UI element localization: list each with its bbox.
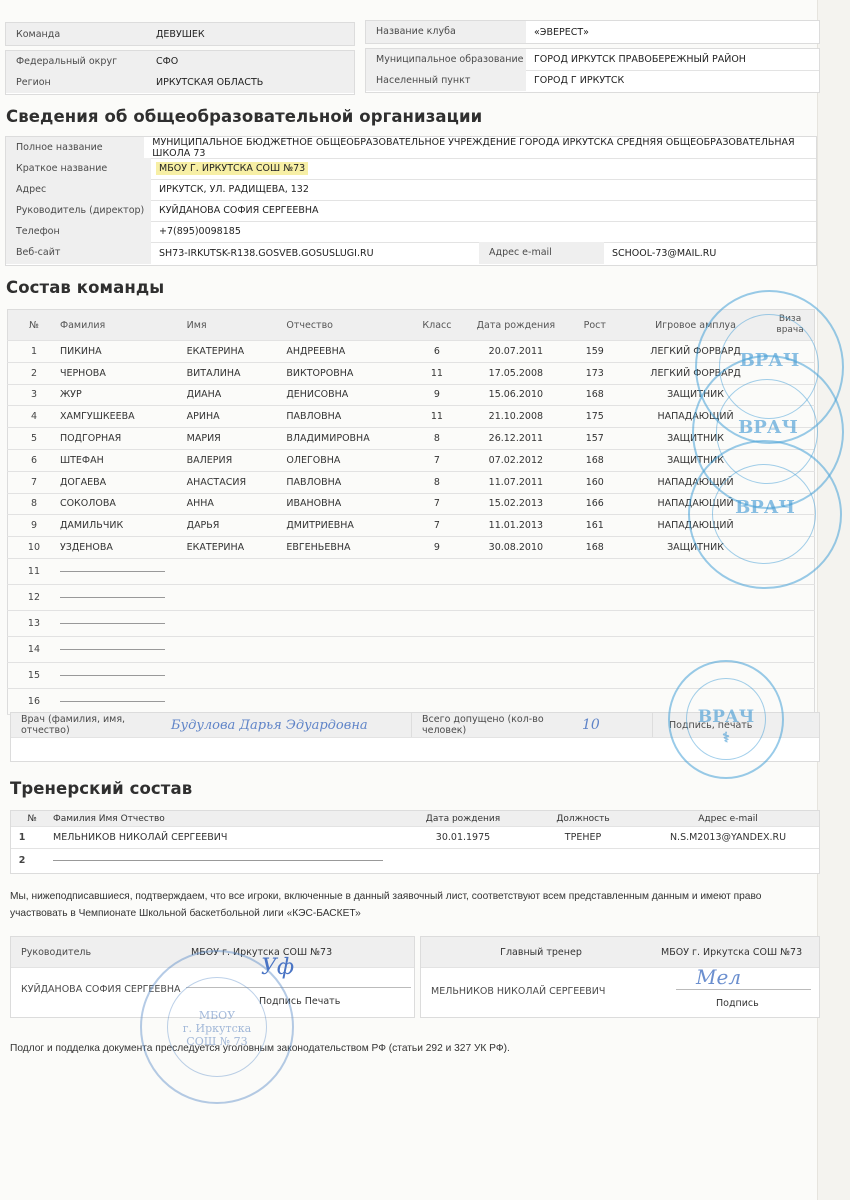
- player-dob: 11.07.2011: [467, 471, 565, 493]
- col-role: Игровое амплуа: [625, 310, 766, 341]
- region-box: Федеральный округ СФО Регион ИРКУТСКАЯ О…: [5, 50, 355, 95]
- roster-table: № Фамилия Имя Отчество Класс Дата рожден…: [7, 309, 815, 715]
- player-middlename: ПАВЛОВНА: [286, 406, 406, 428]
- doctor-sign-label: Подпись, печать: [653, 720, 752, 731]
- player-row: 8СОКОЛОВААННАИВАНОВНА715.02.2013166НАПАД…: [8, 493, 815, 515]
- school-info-box: Полное названиеМУНИЦИПАЛЬНОЕ БЮДЖЕТНОЕ О…: [5, 136, 817, 266]
- region-label: Регион: [6, 77, 156, 88]
- player-role: ЛЕГКИЙ ФОРВАРД: [625, 362, 766, 384]
- col-grade: Класс: [407, 310, 467, 341]
- coach-row: 1 МЕЛЬНИКОВ НИКОЛАЙ СЕРГЕЕВИЧ 30.01.1975…: [11, 826, 819, 849]
- head-coach-signature-line: [676, 989, 811, 990]
- team-box: Команда ДЕВУШЕК: [5, 22, 355, 46]
- page-edge: [817, 0, 850, 1200]
- player-row: 7ДОГАЕВААНАСТАСИЯПАВЛОВНА811.07.2011160Н…: [8, 471, 815, 493]
- col-doctor-visa: Виза врача: [766, 310, 814, 341]
- player-dob: 15.02.2013: [467, 493, 565, 515]
- player-height: 159: [565, 341, 625, 363]
- player-lastname: ЖУР: [60, 384, 187, 406]
- player-doctor-visa: [766, 515, 814, 537]
- player-number: 15: [8, 662, 60, 688]
- player-firstname: ВАЛЕРИЯ: [187, 449, 287, 471]
- phone-label: Телефон: [6, 221, 151, 242]
- coach-position: ТРЕНЕР: [523, 832, 643, 843]
- player-firstname: ЕКАТЕРИНА: [187, 537, 287, 559]
- player-lastname: ПОДГОРНАЯ: [60, 428, 187, 450]
- col-height: Рост: [565, 310, 625, 341]
- director-role: Руководитель: [11, 947, 191, 958]
- head-coach-signature: Мел: [696, 965, 741, 989]
- player-grade: 7: [407, 493, 467, 515]
- player-grade: 7: [407, 515, 467, 537]
- player-firstname: ДИАНА: [187, 384, 287, 406]
- blank-entry: [60, 662, 815, 688]
- player-number: 14: [8, 636, 60, 662]
- empty-player-row: 11: [8, 558, 815, 584]
- coach-dob: 30.01.1975: [403, 832, 523, 843]
- coaches-table: № Фамилия Имя Отчество Дата рождения Дол…: [10, 810, 820, 874]
- full-name-label: Полное название: [6, 137, 144, 158]
- roster-header-row: № Фамилия Имя Отчество Класс Дата рожден…: [8, 310, 815, 341]
- player-role: ЗАЩИТНИК: [625, 384, 766, 406]
- district-label: Федеральный округ: [6, 56, 156, 67]
- player-grade: 9: [407, 537, 467, 559]
- blank-entry: [60, 688, 815, 714]
- coach-col-dob: Дата рождения: [403, 814, 523, 824]
- coaches-header-row: № Фамилия Имя Отчество Дата рождения Дол…: [11, 811, 819, 827]
- director-signature-line: [186, 987, 411, 988]
- phone-value: +7(895)0098185: [151, 226, 241, 237]
- player-dob: 07.02.2012: [467, 449, 565, 471]
- email-label: Адрес e-mail: [479, 242, 604, 264]
- empty-player-row: 12: [8, 584, 815, 610]
- player-firstname: АННА: [187, 493, 287, 515]
- director-sign-caption: Подпись Печать: [259, 996, 340, 1007]
- player-firstname: АРИНА: [187, 406, 287, 428]
- col-lastname: Фамилия: [60, 310, 187, 341]
- coach-blank-line: [53, 860, 383, 861]
- coach-signature-box: Главный тренер МБОУ г. Иркутска СОШ №73 …: [420, 936, 820, 1018]
- coach-col-number: №: [11, 814, 53, 824]
- player-number: 5: [8, 428, 60, 450]
- player-lastname: ПИКИНА: [60, 341, 187, 363]
- address-value: ИРКУТСК, УЛ. РАДИЩЕВА, 132: [151, 184, 309, 195]
- player-role: ЛЕГКИЙ ФОРВАРД: [625, 341, 766, 363]
- player-doctor-visa: [766, 362, 814, 384]
- player-grade: 11: [407, 406, 467, 428]
- player-height: 168: [565, 384, 625, 406]
- director-signature: Уф: [261, 955, 294, 980]
- player-doctor-visa: [766, 471, 814, 493]
- player-role: ЗАЩИТНИК: [625, 428, 766, 450]
- player-middlename: ИВАНОВНА: [286, 493, 406, 515]
- player-lastname: ДАМИЛЬЧИК: [60, 515, 187, 537]
- player-doctor-visa: [766, 449, 814, 471]
- coach-email: N.S.M2013@YANDEX.RU: [643, 832, 813, 843]
- player-role: ЗАЩИТНИК: [625, 449, 766, 471]
- coaches-section-title: Тренерский состав: [10, 779, 192, 798]
- player-firstname: АНАСТАСИЯ: [187, 471, 287, 493]
- doctor-box: Врач (фамилия, имя, отчество) Будулова Д…: [10, 712, 820, 762]
- empty-player-row: 14: [8, 636, 815, 662]
- district-value: СФО: [156, 56, 178, 67]
- doctor-label: Врач (фамилия, имя, отчество): [11, 714, 171, 736]
- player-role: ЗАЩИТНИК: [625, 537, 766, 559]
- player-number: 3: [8, 384, 60, 406]
- player-lastname: ЧЕРНОВА: [60, 362, 187, 384]
- roster-section-title: Состав команды: [6, 278, 164, 297]
- player-middlename: ДМИТРИЕВНА: [286, 515, 406, 537]
- player-grade: 6: [407, 341, 467, 363]
- blank-line: [60, 649, 165, 650]
- player-row: 4ХАМГУШКЕЕВААРИНАПАВЛОВНА1121.10.2008175…: [8, 406, 815, 428]
- player-lastname: ХАМГУШКЕЕВА: [60, 406, 187, 428]
- club-box: Название клуба «ЭВЕРЕСТ»: [365, 20, 820, 44]
- player-number: 2: [8, 362, 60, 384]
- region-value: ИРКУТСКАЯ ОБЛАСТЬ: [156, 77, 263, 88]
- player-height: 173: [565, 362, 625, 384]
- player-number: 7: [8, 471, 60, 493]
- email-value[interactable]: SCHOOL-73@MAIL.RU: [604, 248, 716, 259]
- col-middlename: Отчество: [286, 310, 406, 341]
- player-number: 12: [8, 584, 60, 610]
- coach-col-email: Адрес e-mail: [643, 814, 813, 824]
- coach-col-name: Фамилия Имя Отчество: [53, 814, 403, 824]
- player-row: 2ЧЕРНОВАВИТАЛИНАВИКТОРОВНА1117.05.200817…: [8, 362, 815, 384]
- player-grade: 9: [407, 384, 467, 406]
- player-middlename: ЕВГЕНЬЕВНА: [286, 537, 406, 559]
- doctor-handwritten-name: Будулова Дарья Эдуардовна: [171, 718, 411, 733]
- empty-player-row: 16: [8, 688, 815, 714]
- blank-line: [60, 597, 165, 598]
- short-name-label: Краткое название: [6, 158, 151, 179]
- player-height: 161: [565, 515, 625, 537]
- player-height: 168: [565, 449, 625, 471]
- player-firstname: ДАРЬЯ: [187, 515, 287, 537]
- player-number: 10: [8, 537, 60, 559]
- director-label: Руководитель (директор): [6, 200, 151, 221]
- coach-number: 1: [11, 832, 33, 843]
- coach-number: 2: [11, 855, 33, 866]
- player-row: 1ПИКИНАЕКАТЕРИНААНДРЕЕВНА620.07.2011159Л…: [8, 341, 815, 363]
- col-firstname: Имя: [187, 310, 287, 341]
- head-coach-name: МЕЛЬНИКОВ НИКОЛАЙ СЕРГЕЕВИЧ: [421, 967, 671, 997]
- locality-value: ГОРОД Г ИРКУТСК: [526, 75, 624, 86]
- blank-line: [60, 623, 165, 624]
- player-dob: 20.07.2011: [467, 341, 565, 363]
- blank-line: [60, 701, 165, 702]
- club-label: Название клуба: [366, 21, 526, 43]
- player-row: 5ПОДГОРНАЯМАРИЯВЛАДИМИРОВНА826.12.201115…: [8, 428, 815, 450]
- admitted-label: Всего допущено (кол-во человек): [412, 714, 582, 736]
- empty-player-row: 15: [8, 662, 815, 688]
- player-row: 10УЗДЕНОВАЕКАТЕРИНАЕВГЕНЬЕВНА930.08.2010…: [8, 537, 815, 559]
- blank-entry: [60, 636, 815, 662]
- player-grade: 8: [407, 471, 467, 493]
- admitted-value: 10: [582, 717, 652, 733]
- player-height: 166: [565, 493, 625, 515]
- player-row: 3ЖУРДИАНАДЕНИСОВНА915.06.2010168ЗАЩИТНИК: [8, 384, 815, 406]
- full-name-value: МУНИЦИПАЛЬНОЕ БЮДЖЕТНОЕ ОБЩЕОБРАЗОВАТЕЛЬ…: [144, 137, 816, 159]
- player-middlename: ОЛЕГОВНА: [286, 449, 406, 471]
- team-value: ДЕВУШЕК: [156, 29, 205, 40]
- player-number: 11: [8, 558, 60, 584]
- municipal-label: Муниципальное образование: [366, 49, 526, 70]
- player-grade: 11: [407, 362, 467, 384]
- director-name: КУЙДАНОВА СОФИЯ СЕРГЕЕВНА: [11, 967, 186, 995]
- player-doctor-visa: [766, 493, 814, 515]
- player-firstname: ЕКАТЕРИНА: [187, 341, 287, 363]
- player-role: НАПАДАЮЩИЙ: [625, 406, 766, 428]
- player-grade: 8: [407, 428, 467, 450]
- player-height: 175: [565, 406, 625, 428]
- player-middlename: ПАВЛОВНА: [286, 471, 406, 493]
- club-value: «ЭВЕРЕСТ»: [526, 27, 589, 38]
- player-middlename: ВЛАДИМИРОВНА: [286, 428, 406, 450]
- player-number: 8: [8, 493, 60, 515]
- coach-name: МЕЛЬНИКОВ НИКОЛАЙ СЕРГЕЕВИЧ: [33, 832, 403, 843]
- player-doctor-visa: [766, 384, 814, 406]
- website-label: Веб-сайт: [6, 242, 151, 264]
- team-label: Команда: [6, 29, 156, 40]
- player-dob: 15.06.2010: [467, 384, 565, 406]
- player-role: НАПАДАЮЩИЙ: [625, 515, 766, 537]
- player-number: 1: [8, 341, 60, 363]
- head-coach-role: Главный тренер: [421, 947, 661, 958]
- player-role: НАПАДАЮЩИЙ: [625, 471, 766, 493]
- player-dob: 21.10.2008: [467, 406, 565, 428]
- coach-col-position: Должность: [523, 814, 643, 824]
- player-dob: 30.08.2010: [467, 537, 565, 559]
- director-value: КУЙДАНОВА СОФИЯ СЕРГЕЕВНА: [151, 205, 319, 216]
- player-firstname: ВИТАЛИНА: [187, 362, 287, 384]
- player-number: 13: [8, 610, 60, 636]
- player-number: 9: [8, 515, 60, 537]
- empty-player-row: 13: [8, 610, 815, 636]
- col-number: №: [8, 310, 60, 341]
- player-lastname: СОКОЛОВА: [60, 493, 187, 515]
- municipal-box: Муниципальное образование ГОРОД ИРКУТСК …: [365, 48, 820, 93]
- player-number: 6: [8, 449, 60, 471]
- player-height: 160: [565, 471, 625, 493]
- player-dob: 11.01.2013: [467, 515, 565, 537]
- director-signature-box: Руководитель МБОУ г. Иркутска СОШ №73 КУ…: [10, 936, 415, 1018]
- player-grade: 7: [407, 449, 467, 471]
- player-firstname: МАРИЯ: [187, 428, 287, 450]
- school-section-title: Сведения об общеобразовательной организа…: [6, 107, 482, 126]
- short-name-value: МБОУ Г. ИРКУТСКА СОШ №73: [156, 162, 308, 175]
- blank-entry: [60, 610, 815, 636]
- website-value[interactable]: SH73-IRKUTSK-R138.GOSVEB.GOSUSLUGI.RU: [151, 248, 479, 259]
- head-coach-org: МБОУ г. Иркутска СОШ №73: [661, 947, 802, 958]
- player-middlename: АНДРЕЕВНА: [286, 341, 406, 363]
- player-doctor-visa: [766, 537, 814, 559]
- blank-entry: [60, 584, 815, 610]
- player-number: 4: [8, 406, 60, 428]
- locality-label: Населенный пункт: [366, 70, 526, 91]
- col-dob: Дата рождения: [467, 310, 565, 341]
- player-lastname: ШТЕФАН: [60, 449, 187, 471]
- player-role: НАПАДАЮЩИЙ: [625, 493, 766, 515]
- player-lastname: ДОГАЕВА: [60, 471, 187, 493]
- player-height: 168: [565, 537, 625, 559]
- declaration-text: Мы, нижеподписавшиеся, подтверждаем, что…: [10, 888, 820, 922]
- player-number: 16: [8, 688, 60, 714]
- head-coach-sign-caption: Подпись: [716, 998, 759, 1009]
- address-label: Адрес: [6, 179, 151, 200]
- player-row: 9ДАМИЛЬЧИКДАРЬЯДМИТРИЕВНА711.01.2013161Н…: [8, 515, 815, 537]
- player-doctor-visa: [766, 406, 814, 428]
- player-height: 157: [565, 428, 625, 450]
- player-doctor-visa: [766, 428, 814, 450]
- player-lastname: УЗДЕНОВА: [60, 537, 187, 559]
- blank-line: [60, 675, 165, 676]
- legal-notice: Подлог и подделка документа преследуется…: [10, 1040, 820, 1057]
- player-dob: 26.12.2011: [467, 428, 565, 450]
- player-dob: 17.05.2008: [467, 362, 565, 384]
- player-middlename: ДЕНИСОВНА: [286, 384, 406, 406]
- player-doctor-visa: [766, 341, 814, 363]
- blank-line: [60, 571, 165, 572]
- coach-row: 2: [11, 848, 819, 872]
- player-row: 6ШТЕФАНВАЛЕРИЯОЛЕГОВНА707.02.2012168ЗАЩИ…: [8, 449, 815, 471]
- player-middlename: ВИКТОРОВНА: [286, 362, 406, 384]
- municipal-value: ГОРОД ИРКУТСК ПРАВОБЕРЕЖНЫЙ РАЙОН: [526, 54, 746, 65]
- blank-entry: [60, 558, 815, 584]
